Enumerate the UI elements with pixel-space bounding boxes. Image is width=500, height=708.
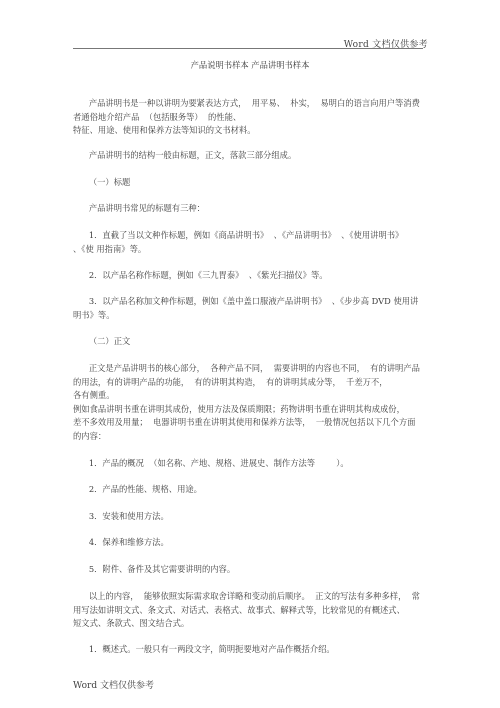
paragraph: 以上的内容， 能够依照实际需求取舍详略和变动前后顺序。 正文的写法有多种多样， … xyxy=(73,590,428,631)
paragraph-line: 产品讲明书的结构一般由标题，正文，落款三部分组成。 xyxy=(73,149,428,163)
paragraph-line: 明书》等。 xyxy=(73,309,428,323)
document-title: 产品说明书样本 产品讲明书样本 xyxy=(0,59,500,71)
paragraph: 4．保养和维修方法。 xyxy=(73,536,428,550)
paragraph-line: （一）标题 xyxy=(73,176,428,190)
paragraph: 1．产品的概况 （如名称、产地、规格、进展史、制作方法等 ）。 xyxy=(73,457,428,471)
paragraph-line: 各有侧重。 xyxy=(73,389,428,403)
document-page: Word 文档仅供参考 产品说明书样本 产品讲明书样本 产品讲明书是一种以讲明为… xyxy=(0,0,500,708)
paragraph-line: 者通俗地介绍产品 （包括服务等） 的性能、 xyxy=(73,111,428,125)
paragraph-line: 特征、用途、使用和保养方法等知识的文书材料。 xyxy=(73,124,428,138)
paragraph-line: 2．以产品名称作标题，例如《三九胃泰》 、《紫光扫描仪》等。 xyxy=(73,269,428,283)
paragraph-line: 产品讲明书是一种以讲明为要紧表达方式， 用平易、 朴实， 易明白的语言向用户等消… xyxy=(73,97,428,111)
paragraph: 2．以产品名称作标题，例如《三九胃泰》 、《紫光扫描仪》等。 xyxy=(73,269,428,283)
paragraph: 产品讲明书是一种以讲明为要紧表达方式， 用平易、 朴实， 易明白的语言向用户等消… xyxy=(73,97,428,138)
paragraph: 正文是产品讲明书的核心部分， 各种产品不同， 需要讲明的内容也不同， 有的讲明产… xyxy=(73,362,428,443)
paragraph: 1．直截了当以文种作标题，例如《商品讲明书》 、《产品讲明书》 、《使用讲明书》… xyxy=(73,229,428,256)
paragraph: （二）正文 xyxy=(73,335,428,349)
paragraph-line: （二）正文 xyxy=(73,335,428,349)
paragraph-line: 3．安装和使用方法。 xyxy=(73,510,428,524)
paragraph-line: 短文式、条款式、图文结合式。 xyxy=(73,617,428,631)
paragraph-line: 产品讲明书常见的标题有三种： xyxy=(73,202,428,216)
paragraph-line: 正文是产品讲明书的核心部分， 各种产品不同， 需要讲明的内容也不同， 有的讲明产… xyxy=(73,362,428,376)
paragraph: 产品讲明书的结构一般由标题，正文，落款三部分组成。 xyxy=(73,149,428,163)
paragraph: 2．产品的性能、规格、用途。 xyxy=(73,483,428,497)
paragraph-line: 1．产品的概况 （如名称、产地、规格、进展史、制作方法等 ）。 xyxy=(73,457,428,471)
paragraph: 1．概述式。一般只有一两段文字，简明扼要地对产品作概括介绍。 xyxy=(73,643,428,657)
paragraph: 3．以产品名称加文种作标题，例如《盖中盖口服液产品讲明书》 、《步步高 DVD … xyxy=(73,295,428,322)
paragraph: （一）标题 xyxy=(73,176,428,190)
paragraph-line: 差不多效用及用量； 电器讲明书重在讲明其使用和保养方法等， 一般情况包括以下几个… xyxy=(73,416,428,430)
paragraph: 产品讲明书常见的标题有三种： xyxy=(73,202,428,216)
paragraph-line: 用写法如讲明文式、条文式、对话式、表格式、故事式、解释式等，比较常见的有概述式、 xyxy=(73,604,428,618)
paragraph: 5．附件、备件及其它需要讲明的内容。 xyxy=(73,563,428,577)
paragraph-line: 的用法，有的讲明产品的功能， 有的讲明其构造， 有的讲明其成分等， 千差万不， xyxy=(73,376,428,390)
paragraph-line: 的内容： xyxy=(73,430,428,444)
paragraph-line: 以上的内容， 能够依照实际需求取舍详略和变动前后顺序。 正文的写法有多种多样， … xyxy=(73,590,428,604)
paragraph: 3．安装和使用方法。 xyxy=(73,510,428,524)
paragraph-line: 3．以产品名称加文种作标题，例如《盖中盖口服液产品讲明书》 、《步步高 DVD … xyxy=(73,295,428,309)
paragraph-line: 4．保养和维修方法。 xyxy=(73,536,428,550)
paragraph-line: 5．附件、备件及其它需要讲明的内容。 xyxy=(73,563,428,577)
paragraph-line: 1．概述式。一般只有一两段文字，简明扼要地对产品作概括介绍。 xyxy=(73,643,428,657)
paragraph-line: 、《使 用指南》等。 xyxy=(73,243,428,257)
paragraph-line: 2．产品的性能、规格、用途。 xyxy=(73,483,428,497)
paragraph-line: 例如食品讲明书重在讲明其成份，使用方法及保质期限；药物讲明书重在讲明其构成成份， xyxy=(73,403,428,417)
page-footer: Word 文档仅供参考 xyxy=(73,678,154,691)
header-divider xyxy=(73,48,423,49)
paragraph-line: 1．直截了当以文种作标题，例如《商品讲明书》 、《产品讲明书》 、《使用讲明书》 xyxy=(73,229,428,243)
